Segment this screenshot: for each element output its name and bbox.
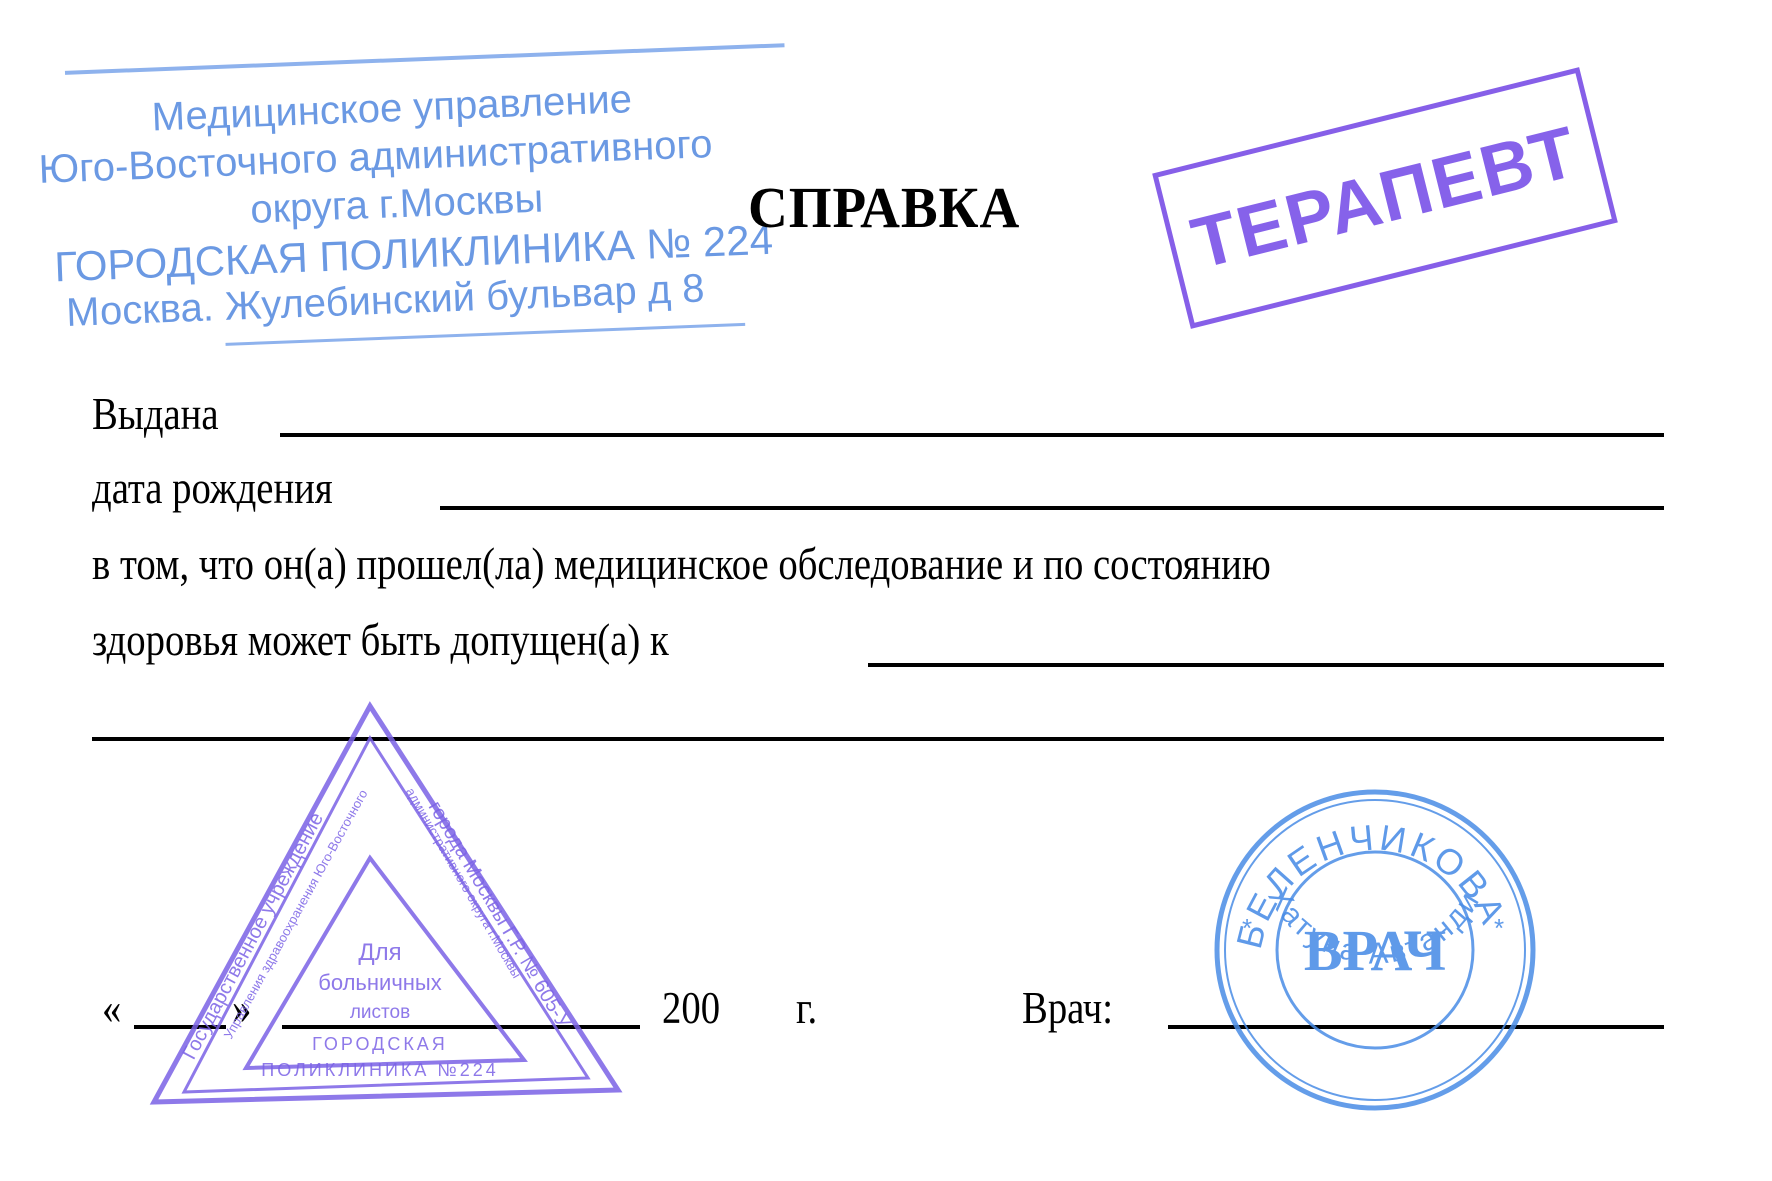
svg-text:Управления здравоохранения Юго: Управления здравоохранения Юго-Восточног…	[221, 787, 371, 1041]
triangle-bottom-line: ПОЛИКЛИНИКА №224	[261, 1060, 499, 1080]
issued-to-label: Выдана	[92, 388, 219, 440]
admitted-to-field[interactable]	[868, 663, 1664, 667]
birth-date-field[interactable]	[440, 506, 1664, 510]
star-icon: *	[1494, 913, 1504, 943]
doctor-round-stamp: БЕЛЕНЧИКОВА Хатуна Автандиловна * * ВРАЧ	[1210, 785, 1540, 1115]
star-icon: *	[1242, 913, 1252, 943]
document-title: СПРАВКА	[748, 174, 1020, 241]
svg-text:Государственное учреждение: Государственное учреждение	[179, 809, 328, 1063]
doctor-label: Врач:	[1022, 982, 1113, 1034]
svg-text:административного округа г.Мос: административного округа г.Москвы	[403, 785, 525, 981]
issued-to-field[interactable]	[280, 433, 1664, 437]
therapist-stamp-text: ТЕРАПЕВТ	[1184, 111, 1586, 286]
date-open-quote: «	[102, 982, 121, 1034]
triangle-center-line: Для	[358, 939, 401, 966]
certificate-page: Медицинское управление Юго-Восточного ад…	[0, 0, 1772, 1181]
year-label: 200	[662, 982, 720, 1034]
birth-date-label: дата рождения	[92, 462, 333, 514]
triangle-left-outer-text: Государственное учреждение	[179, 809, 328, 1063]
year-suffix: г.	[796, 982, 817, 1034]
svg-text:города Москвы Г.Р. № 605-У: города Москвы Г.Р. № 605-У	[424, 797, 575, 1032]
triangle-right-inner-text: административного округа г.Москвы	[403, 785, 525, 981]
body-text-line-1: в том, что он(а) прошел(ла) медицинское …	[92, 538, 1271, 590]
triangle-center-line: листов	[350, 1002, 410, 1023]
therapist-stamp: ТЕРАПЕВТ	[1152, 67, 1618, 329]
body-text-line-2: здоровья может быть допущен(а) к	[92, 614, 669, 666]
triangle-center-line: больничных	[318, 970, 442, 995]
triangle-bottom-line: ГОРОДСКАЯ	[312, 1034, 448, 1054]
stamp-line: округа г.Москвы	[250, 177, 544, 233]
triangle-left-inner-text: Управления здравоохранения Юго-Восточног…	[221, 787, 371, 1041]
triangle-right-outer-text: города Москвы Г.Р. № 605-У	[424, 797, 575, 1032]
stamp-top-bar	[65, 43, 785, 75]
sick-leave-triangle-stamp: Государственное учреждение Управления зд…	[148, 698, 628, 1118]
doctor-stamp-title: ВРАЧ	[1304, 918, 1446, 983]
